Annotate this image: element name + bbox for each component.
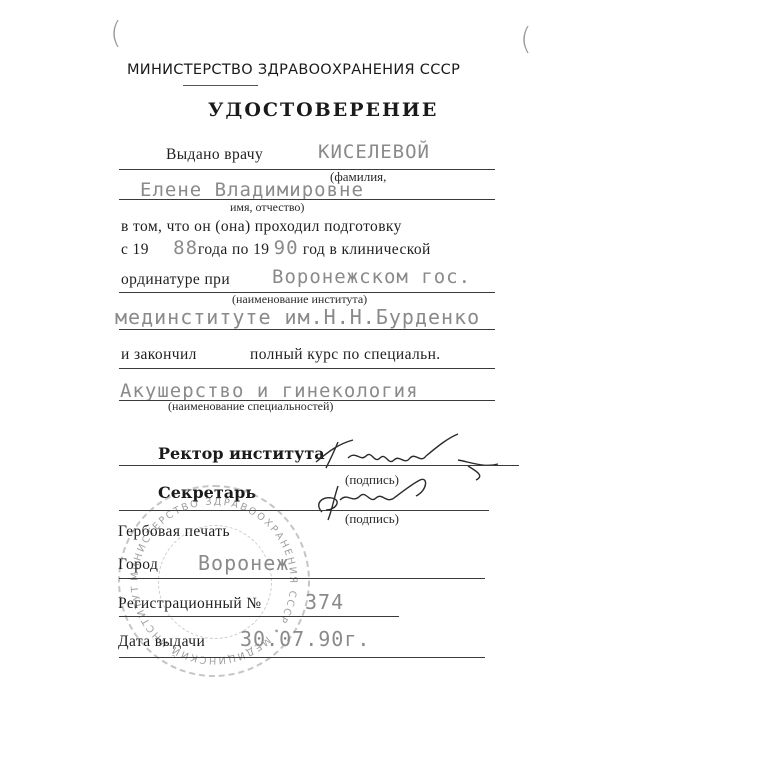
document-title: УДОСТОВЕРЕНИЕ <box>208 99 438 121</box>
date-rule <box>119 657 485 658</box>
surname-line <box>119 169 495 170</box>
registration-value: 374 <box>305 590 344 614</box>
period-line: с 19 88года по 19 90 год в клинической <box>121 237 431 259</box>
seal-label: Гербовая печать <box>118 523 230 541</box>
issued-label: Выдано врачу <box>166 146 263 164</box>
start-year: 88 <box>173 237 198 259</box>
punch-hole-mark-left: ( <box>110 16 122 51</box>
residency-label: ординатуре при <box>121 271 230 289</box>
end-year: 90 <box>274 237 299 259</box>
registration-rule <box>119 616 399 617</box>
date-label: Дата выдачи <box>118 633 205 651</box>
institute-line-2-rule <box>119 329 495 330</box>
date-value: 30.07.90г. <box>240 627 370 651</box>
specialty-caption: (наименование специальностей) <box>168 399 333 414</box>
surname-value: КИСЕЛЕВОЙ <box>318 141 430 163</box>
period-middle: года по 19 <box>198 241 269 258</box>
statement-line-1: в том, что он (она) проходил подготовку <box>121 218 402 236</box>
registration-label: Регистрационный № <box>118 595 262 613</box>
city-value: Воронеж <box>198 551 289 575</box>
period-prefix: с 19 <box>121 241 149 258</box>
secretary-signature-caption: (подпись) <box>345 511 399 527</box>
rector-label: Ректор института <box>158 444 325 463</box>
completed-rule <box>119 368 495 369</box>
city-label: Город <box>118 556 158 574</box>
institute-line-2: мединституте им.Н.Н.Бурденко <box>115 305 480 329</box>
given-names-line <box>119 199 495 200</box>
period-suffix: год в клинической <box>303 241 431 258</box>
ministry-heading: МИНИСТЕРСТВО ЗДРАВООХРАНЕНИЯ СССР <box>127 62 460 78</box>
given-names-value: Елене Владимировне <box>140 179 364 201</box>
ministry-underline <box>183 85 258 86</box>
institute-line-1: Воронежском гос. <box>272 266 471 288</box>
rector-rule <box>119 465 519 466</box>
given-names-caption: имя, отчество) <box>230 200 304 215</box>
punch-hole-mark-right: ( <box>520 22 532 57</box>
city-rule <box>119 578 485 579</box>
completed-value: полный курс по специальн. <box>250 346 441 364</box>
completed-label: и закончил <box>121 346 197 364</box>
